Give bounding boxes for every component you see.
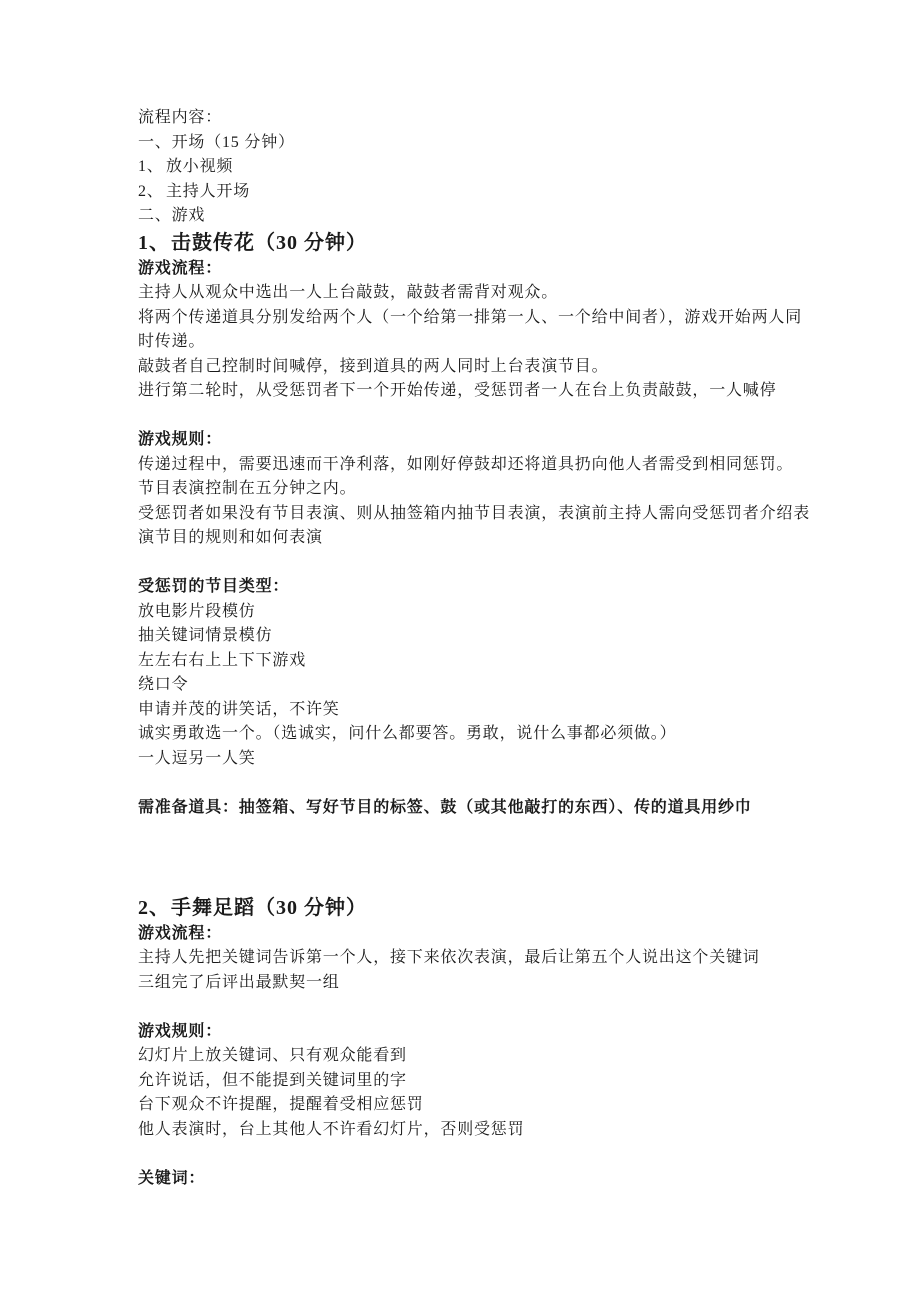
- text-line: 受惩罚者如果没有节目表演、则从抽签箱内抽节目表演，表演前主持人需向受惩罚者介绍表: [138, 502, 880, 527]
- game-heading: 1、击鼓传花（30 分钟）: [138, 229, 880, 257]
- document-page: 流程内容： 一、开场（15 分钟） 1、放小视频 2、主持人开场 二、游戏 1、…: [0, 0, 920, 1302]
- section-label: 关键词：: [138, 1167, 880, 1192]
- text-line: 绕口令: [138, 673, 880, 698]
- list-marker: 1、: [138, 155, 166, 180]
- list-text: 放小视频: [166, 158, 233, 175]
- text-line: 申请并茂的讲笑话，不许笑: [138, 698, 880, 723]
- text-line: 左左右右上上下下游戏: [138, 649, 880, 674]
- text-line: 诚实勇敢选一个。（选诚实，问什么都要答。勇敢，说什么事都必须做。）: [138, 722, 880, 747]
- text-line: 时传递。: [138, 330, 880, 355]
- list-marker: 2、: [138, 894, 171, 922]
- text-line: 流程内容：: [138, 106, 880, 131]
- blank-line: [138, 995, 880, 1020]
- numbered-item: 1、放小视频: [138, 155, 880, 180]
- text-line: 幻灯片上放关键词、只有观众能看到: [138, 1044, 880, 1069]
- text-line: 台下观众不许提醒，提醒着受相应惩罚: [138, 1093, 880, 1118]
- text-line: 主持人从观众中选出一人上台敲鼓，敲鼓者需背对观众。: [138, 281, 880, 306]
- heading-text: 击鼓传花（30 分钟）: [171, 232, 367, 254]
- section-label: 游戏规则：: [138, 428, 880, 453]
- text-line: 二、游戏: [138, 204, 880, 229]
- list-marker: 1、: [138, 229, 171, 257]
- text-line: 抽关键词情景模仿: [138, 624, 880, 649]
- list-marker: 2、: [138, 180, 166, 205]
- game-heading: 2、手舞足蹈（30 分钟）: [138, 894, 880, 922]
- text-line: 主持人先把关键词告诉第一个人，接下来依次表演，最后让第五个人说出这个关键词: [138, 946, 880, 971]
- blank-line: [138, 771, 880, 796]
- section-label: 受惩罚的节目类型：: [138, 575, 880, 600]
- text-line: 三组完了后评出最默契一组: [138, 971, 880, 996]
- section-label: 游戏流程：: [138, 922, 880, 947]
- section-label: 游戏规则：: [138, 1020, 880, 1045]
- text-line: 敲鼓者自己控制时间喊停，接到道具的两人同时上台表演节目。: [138, 355, 880, 380]
- text-line: 他人表演时，台上其他人不许看幻灯片，否则受惩罚: [138, 1118, 880, 1143]
- text-line: 放电影片段模仿: [138, 600, 880, 625]
- text-line: 进行第二轮时，从受惩罚者下一个开始传递，受惩罚者一人在台上负责敲鼓，一人喊停: [138, 379, 880, 404]
- numbered-item: 2、主持人开场: [138, 180, 880, 205]
- blank-line: [138, 551, 880, 576]
- text-line: 演节目的规则和如何表演: [138, 526, 880, 551]
- text-line: 将两个传递道具分别发给两个人（一个给第一排第一人、一个给中间者），游戏开始两人同: [138, 306, 880, 331]
- text-line: 传递过程中，需要迅速而干净利落，如刚好停鼓却还将道具扔向他人者需受到相同惩罚。: [138, 453, 880, 478]
- text-line: 节目表演控制在五分钟之内。: [138, 477, 880, 502]
- list-text: 主持人开场: [166, 183, 250, 200]
- blank-lines: [138, 820, 880, 894]
- props-line: 需准备道具：抽签箱、写好节目的标签、鼓（或其他敲打的东西）、传的道具用纱巾: [138, 796, 880, 821]
- text-line: 允许说话，但不能提到关键词里的字: [138, 1069, 880, 1094]
- text-line: 一、开场（15 分钟）: [138, 131, 880, 156]
- heading-text: 手舞足蹈（30 分钟）: [171, 897, 367, 919]
- section-label: 游戏流程：: [138, 257, 880, 282]
- blank-line: [138, 1142, 880, 1167]
- blank-line: [138, 404, 880, 429]
- text-line: 一人逗另一人笑: [138, 747, 880, 772]
